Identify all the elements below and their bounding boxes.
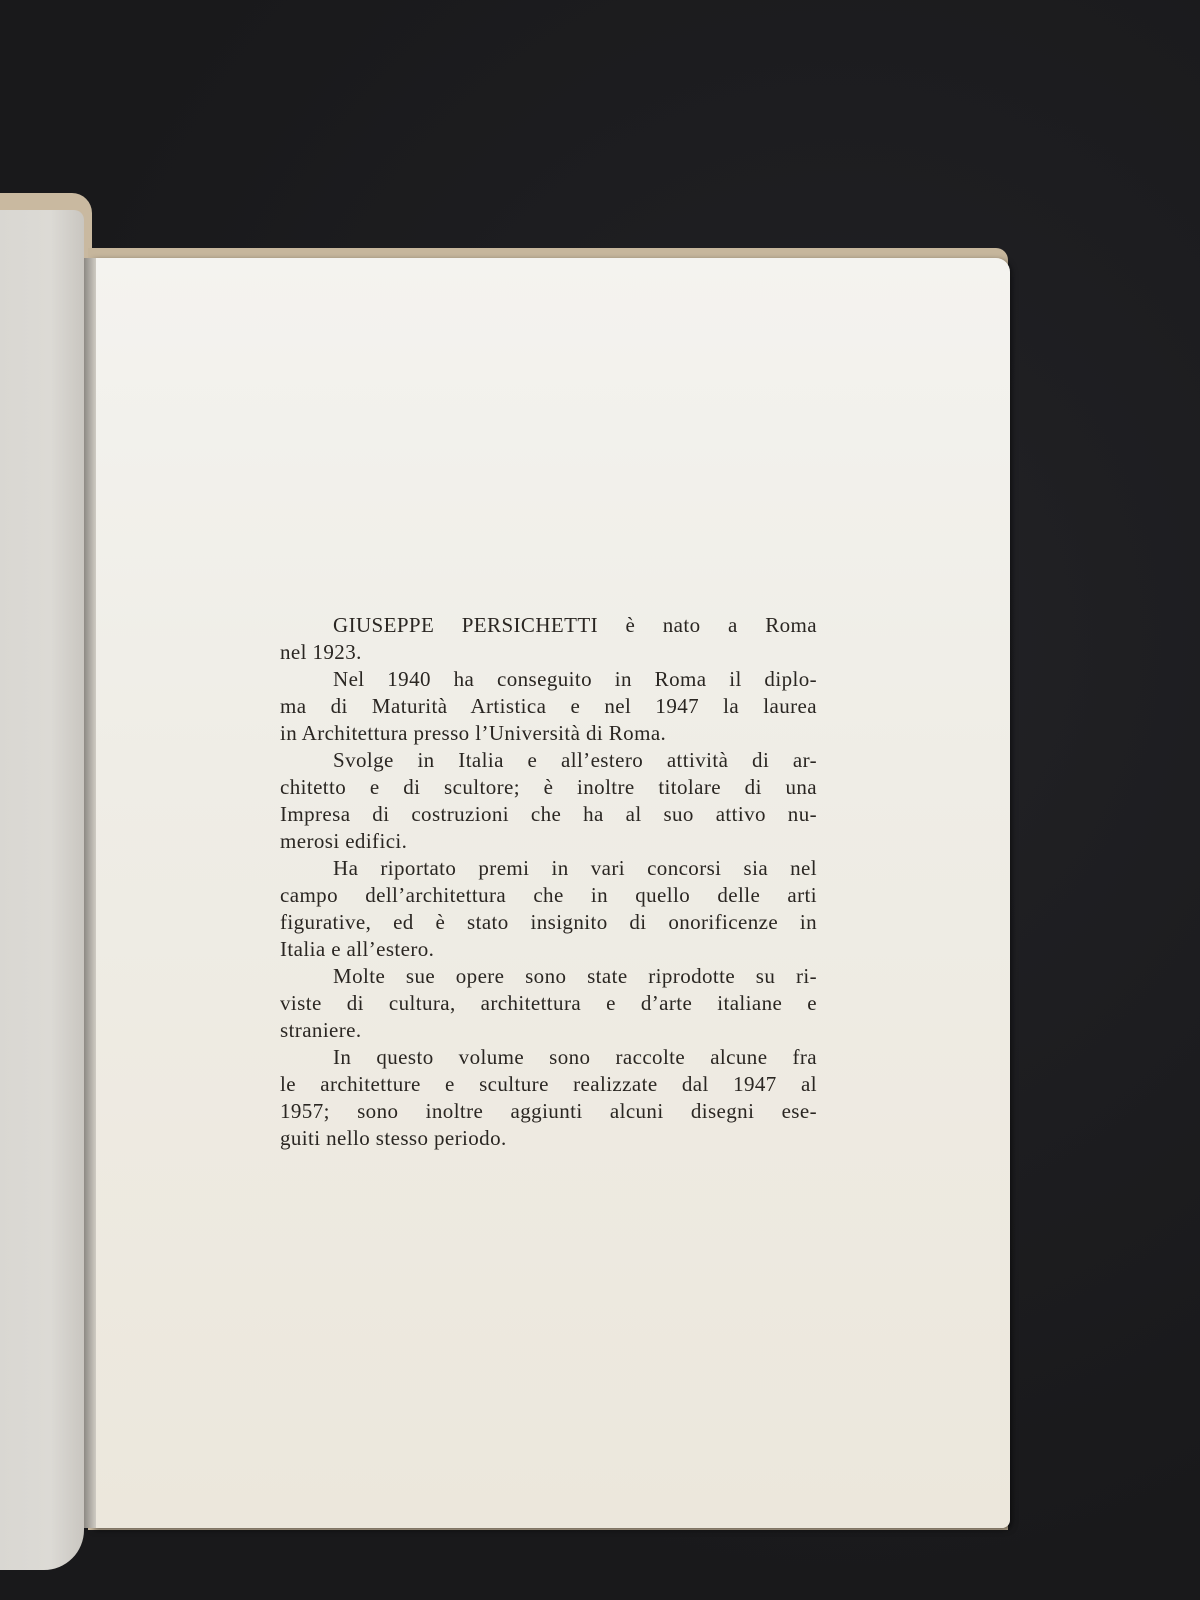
text-line: figurative, ed è stato insignito di onor… [280, 909, 817, 936]
text-line: merosi edifici. [280, 828, 817, 855]
text-line: straniere. [280, 1017, 817, 1044]
text-line: in Architettura presso l’Università di R… [280, 720, 817, 747]
text-line: Impresa di costruzioni che ha al suo att… [280, 801, 817, 828]
text-line: In questo volume sono raccolte alcune fr… [280, 1044, 817, 1071]
paragraph-birth: GIUSEPPE PERSICHETTI è nato a Roma nel 1… [280, 612, 817, 666]
text-line: Svolge in Italia e all’estero attività d… [280, 747, 817, 774]
paragraph-education: Nel 1940 ha conseguito in Roma il diplo-… [280, 666, 817, 747]
text-line: campo dell’architettura che in quello de… [280, 882, 817, 909]
text-line: Nel 1940 ha conseguito in Roma il diplo- [280, 666, 817, 693]
biography-text: GIUSEPPE PERSICHETTI è nato a Roma nel 1… [280, 612, 817, 1152]
paragraph-publications: Molte sue opere sono state riprodotte su… [280, 963, 817, 1044]
text-line: nel 1923. [280, 639, 817, 666]
text-line: guiti nello stesso periodo. [280, 1125, 817, 1152]
text-line: Ha riportato premi in vari concorsi sia … [280, 855, 817, 882]
text-line: GIUSEPPE PERSICHETTI è nato a Roma [280, 612, 817, 639]
paragraph-awards: Ha riportato premi in vari concorsi sia … [280, 855, 817, 963]
text-line: 1957; sono inoltre aggiunti alcuni diseg… [280, 1098, 817, 1125]
paragraph-career: Svolge in Italia e all’estero attività d… [280, 747, 817, 855]
book-spine-shadow [84, 258, 96, 1528]
text-line: le architetture e sculture realizzate da… [280, 1071, 817, 1098]
left-page [0, 210, 84, 1570]
text-line: chitetto e di scultore; è inoltre titola… [280, 774, 817, 801]
text-line: Molte sue opere sono state riprodotte su… [280, 963, 817, 990]
text-line: ma di Maturità Artistica e nel 1947 la l… [280, 693, 817, 720]
text-line: viste di cultura, architettura e d’arte … [280, 990, 817, 1017]
paragraph-volume: In questo volume sono raccolte alcune fr… [280, 1044, 817, 1152]
text-line: Italia e all’estero. [280, 936, 817, 963]
